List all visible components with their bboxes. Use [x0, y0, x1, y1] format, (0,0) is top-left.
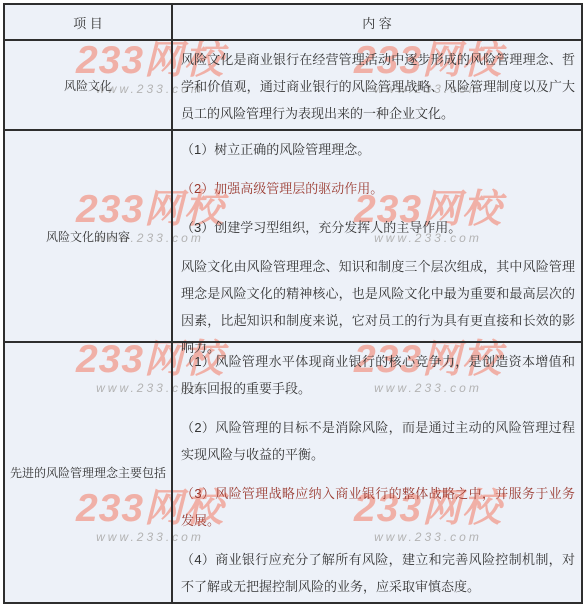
- row-content: （1）风险管理水平体现商业银行的核心竞争力，是创造资本增值和股东回报的重要手段。…: [173, 343, 581, 602]
- header-cell-item: 项 目: [5, 5, 173, 39]
- paragraph: （2）加强高级管理层的驱动作用。: [181, 175, 575, 202]
- paragraph: （1）树立正确的风险管理理念。: [181, 136, 575, 163]
- row-label: 风险文化的内容: [5, 131, 173, 341]
- paragraph: 风险文化是商业银行在经营管理活动中逐步形成的风险管理理念、哲学和价值观，通过商业…: [181, 46, 575, 127]
- table-row: 风险文化 风险文化是商业银行在经营管理活动中逐步形成的风险管理理念、哲学和价值观…: [5, 39, 581, 129]
- paragraph: （1）风险管理水平体现商业银行的核心竞争力，是创造资本增值和股东回报的重要手段。: [181, 348, 575, 402]
- content-table: 233网校 www.233.com 233网校 www.233.com 233网…: [3, 3, 583, 604]
- table-row: 风险文化的内容 （1）树立正确的风险管理理念。 （2）加强高级管理层的驱动作用。…: [5, 129, 581, 341]
- paragraph: （4）商业银行应充分了解所有风险，建立和完善风险控制机制，对不了解或无把握控制风…: [181, 546, 575, 600]
- paragraph: （2）风险管理的目标不是消除风险，而是通过主动的风险管理过程实现风险与收益的平衡…: [181, 414, 575, 468]
- row-content: （1）树立正确的风险管理理念。 （2）加强高级管理层的驱动作用。 （3）创建学习…: [173, 131, 581, 341]
- header-cell-content: 内 容: [173, 5, 581, 39]
- table-header-row: 项 目 内 容: [5, 5, 581, 39]
- row-content: 风险文化是商业银行在经营管理活动中逐步形成的风险管理理念、哲学和价值观，通过商业…: [173, 41, 581, 129]
- row-label: 先进的风险管理理念主要包括: [5, 343, 173, 602]
- table-row: 先进的风险管理理念主要包括 （1）风险管理水平体现商业银行的核心竞争力，是创造资…: [5, 341, 581, 602]
- paragraph: （3）创建学习型组织，充分发挥人的主导作用。: [181, 214, 575, 241]
- paragraph: （3）风险管理战略应纳入商业银行的整体战略之中，并服务于业务发展。: [181, 480, 575, 534]
- header-label-item: 项 目: [73, 13, 103, 32]
- header-label-content: 内 容: [362, 13, 392, 32]
- row-label: 风险文化: [5, 41, 173, 129]
